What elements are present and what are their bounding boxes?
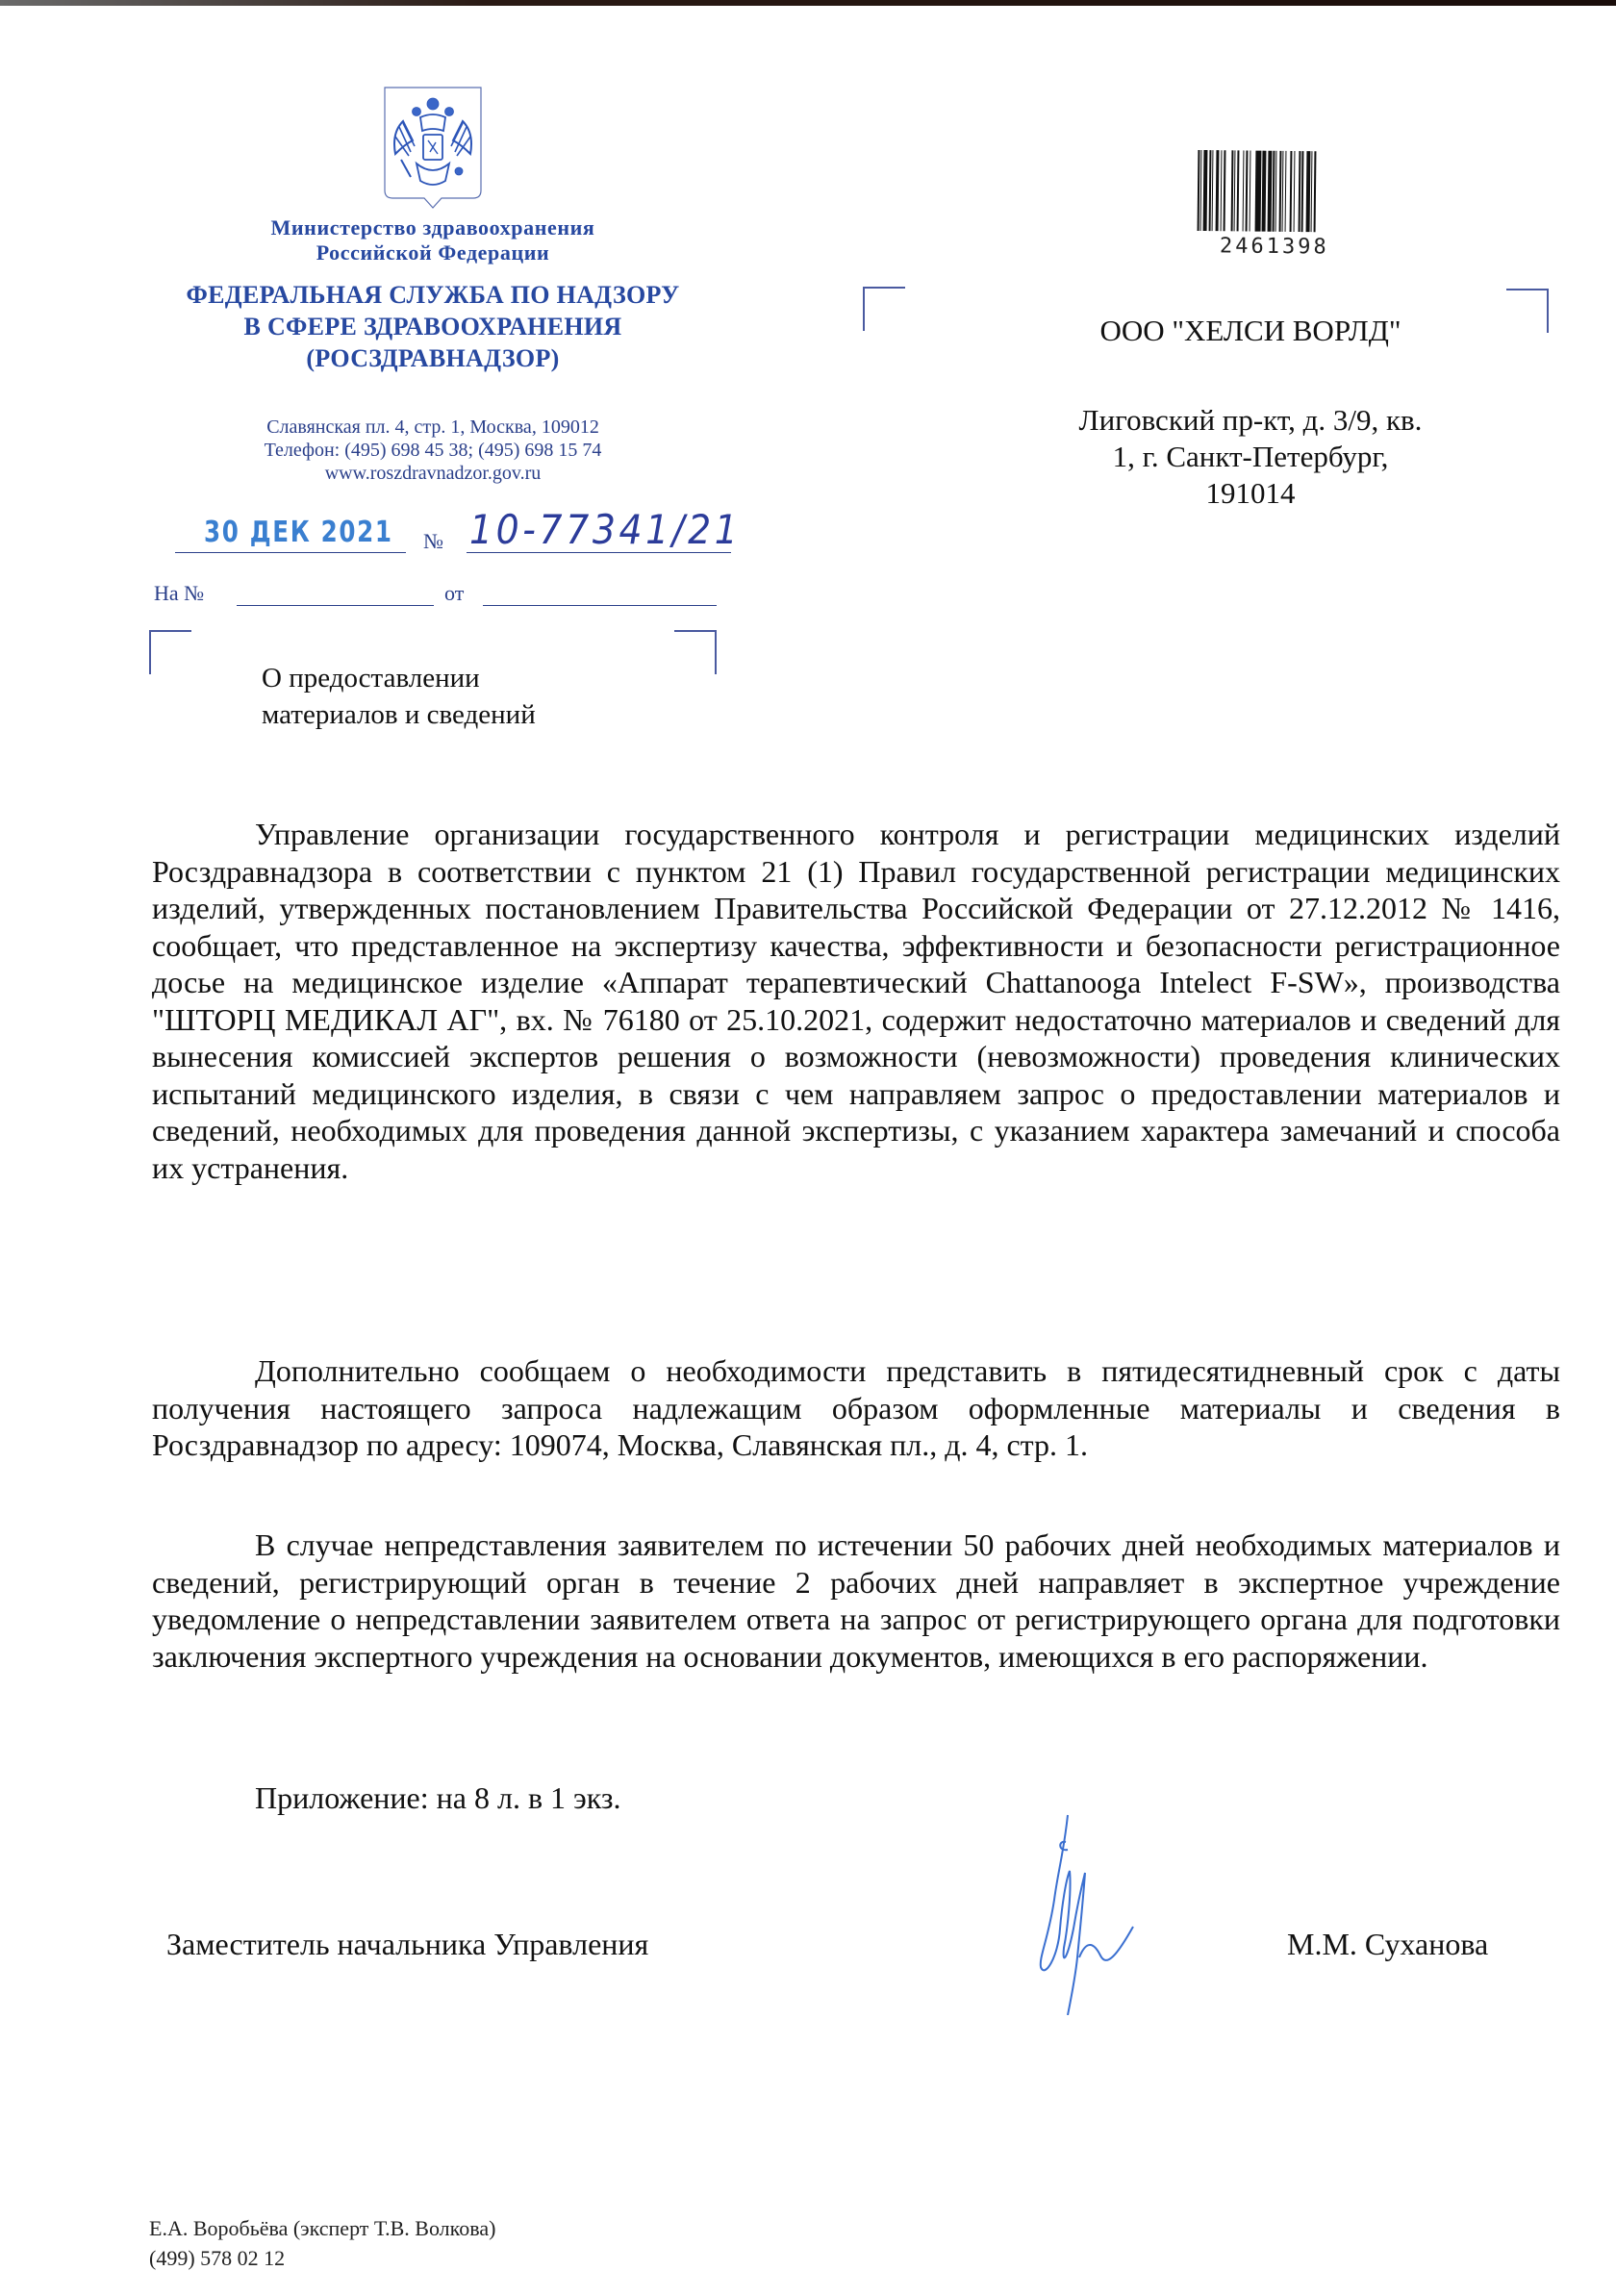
service-line-3: (РОСЗДРАВНАДЗОР) [144,342,721,374]
reply-to-blank [237,605,434,606]
body-paragraph-2: Дополнительно сообщаем о необходимости п… [152,1352,1560,1464]
recipient-name: ООО "ХЕЛСИ ВОРЛД" [952,314,1549,348]
body-paragraph-1: Управление организации государственного … [152,816,1560,1186]
attachment-note: Приложение: на 8 л. в 1 экз. [255,1780,621,1816]
subject-line-1: О предоставлении [262,660,536,696]
paragraph-text: В случае непредставления заявителем по и… [152,1526,1560,1675]
body-paragraph-3: В случае непредставления заявителем по и… [152,1526,1560,1675]
sender-website: www.roszdravnadzor.gov.ru [144,462,721,485]
sender-address: Славянская пл. 4, стр. 1, Москва, 109012 [144,416,721,439]
recipient-bracket-left [863,287,905,331]
number-label: № [423,529,443,554]
reply-from-blank [483,605,717,606]
date-underline [175,552,406,553]
barcode [1198,150,1393,233]
executor-name: Е.А. Воробьёва (эксперт Т.В. Волкова) [149,2216,495,2241]
ministry-name: Министерство здравоохранения Российской … [144,215,721,265]
signer-name: М.М. Суханова [1287,1927,1488,1962]
subject-bracket-left [149,630,191,674]
sender-phone: Телефон: (495) 698 45 38; (495) 698 15 7… [144,439,721,462]
reply-from-label: от [444,581,464,606]
barcode-number: 2461398 [1220,234,1329,259]
date-stamp: 30 ДЕК 2021 [204,516,393,549]
signature-icon [1020,1813,1193,2015]
scan-top-edge [0,0,1616,6]
reply-to-label: На № [154,581,204,606]
executor-phone: (499) 578 02 12 [149,2246,285,2271]
sender-contacts: Славянская пл. 4, стр. 1, Москва, 109012… [144,416,721,485]
recipient-address-line-2: 1, г. Санкт-Петербург, [952,439,1549,475]
paragraph-text: Дополнительно сообщаем о необходимости п… [152,1352,1560,1464]
subject-line-2: материалов и сведений [262,696,536,733]
signer-title: Заместитель начальника Управления [166,1927,648,1962]
service-line-1: ФЕДЕРАЛЬНАЯ СЛУЖБА ПО НАДЗОРУ [144,279,721,311]
service-name: ФЕДЕРАЛЬНАЯ СЛУЖБА ПО НАДЗОРУ В СФЕРЕ ЗД… [144,279,721,374]
recipient-address: Лиговский пр-кт, д. 3/9, кв. 1, г. Санкт… [952,402,1549,512]
ministry-line-1: Министерство здравоохранения [144,215,721,240]
recipient-address-line-1: Лиговский пр-кт, д. 3/9, кв. [952,402,1549,439]
subject-bracket-right [674,630,717,674]
recipient-address-line-3: 191014 [952,475,1549,512]
subject: О предоставлении материалов и сведений [262,660,536,733]
coat-of-arms-icon [382,85,484,210]
paragraph-text: Управление организации государственного … [152,816,1560,1186]
service-line-2: В СФЕРЕ ЗДРАВООХРАНЕНИЯ [144,311,721,342]
outgoing-number: 10-77341/21 [469,506,741,553]
ministry-line-2: Российской Федерации [144,240,721,265]
